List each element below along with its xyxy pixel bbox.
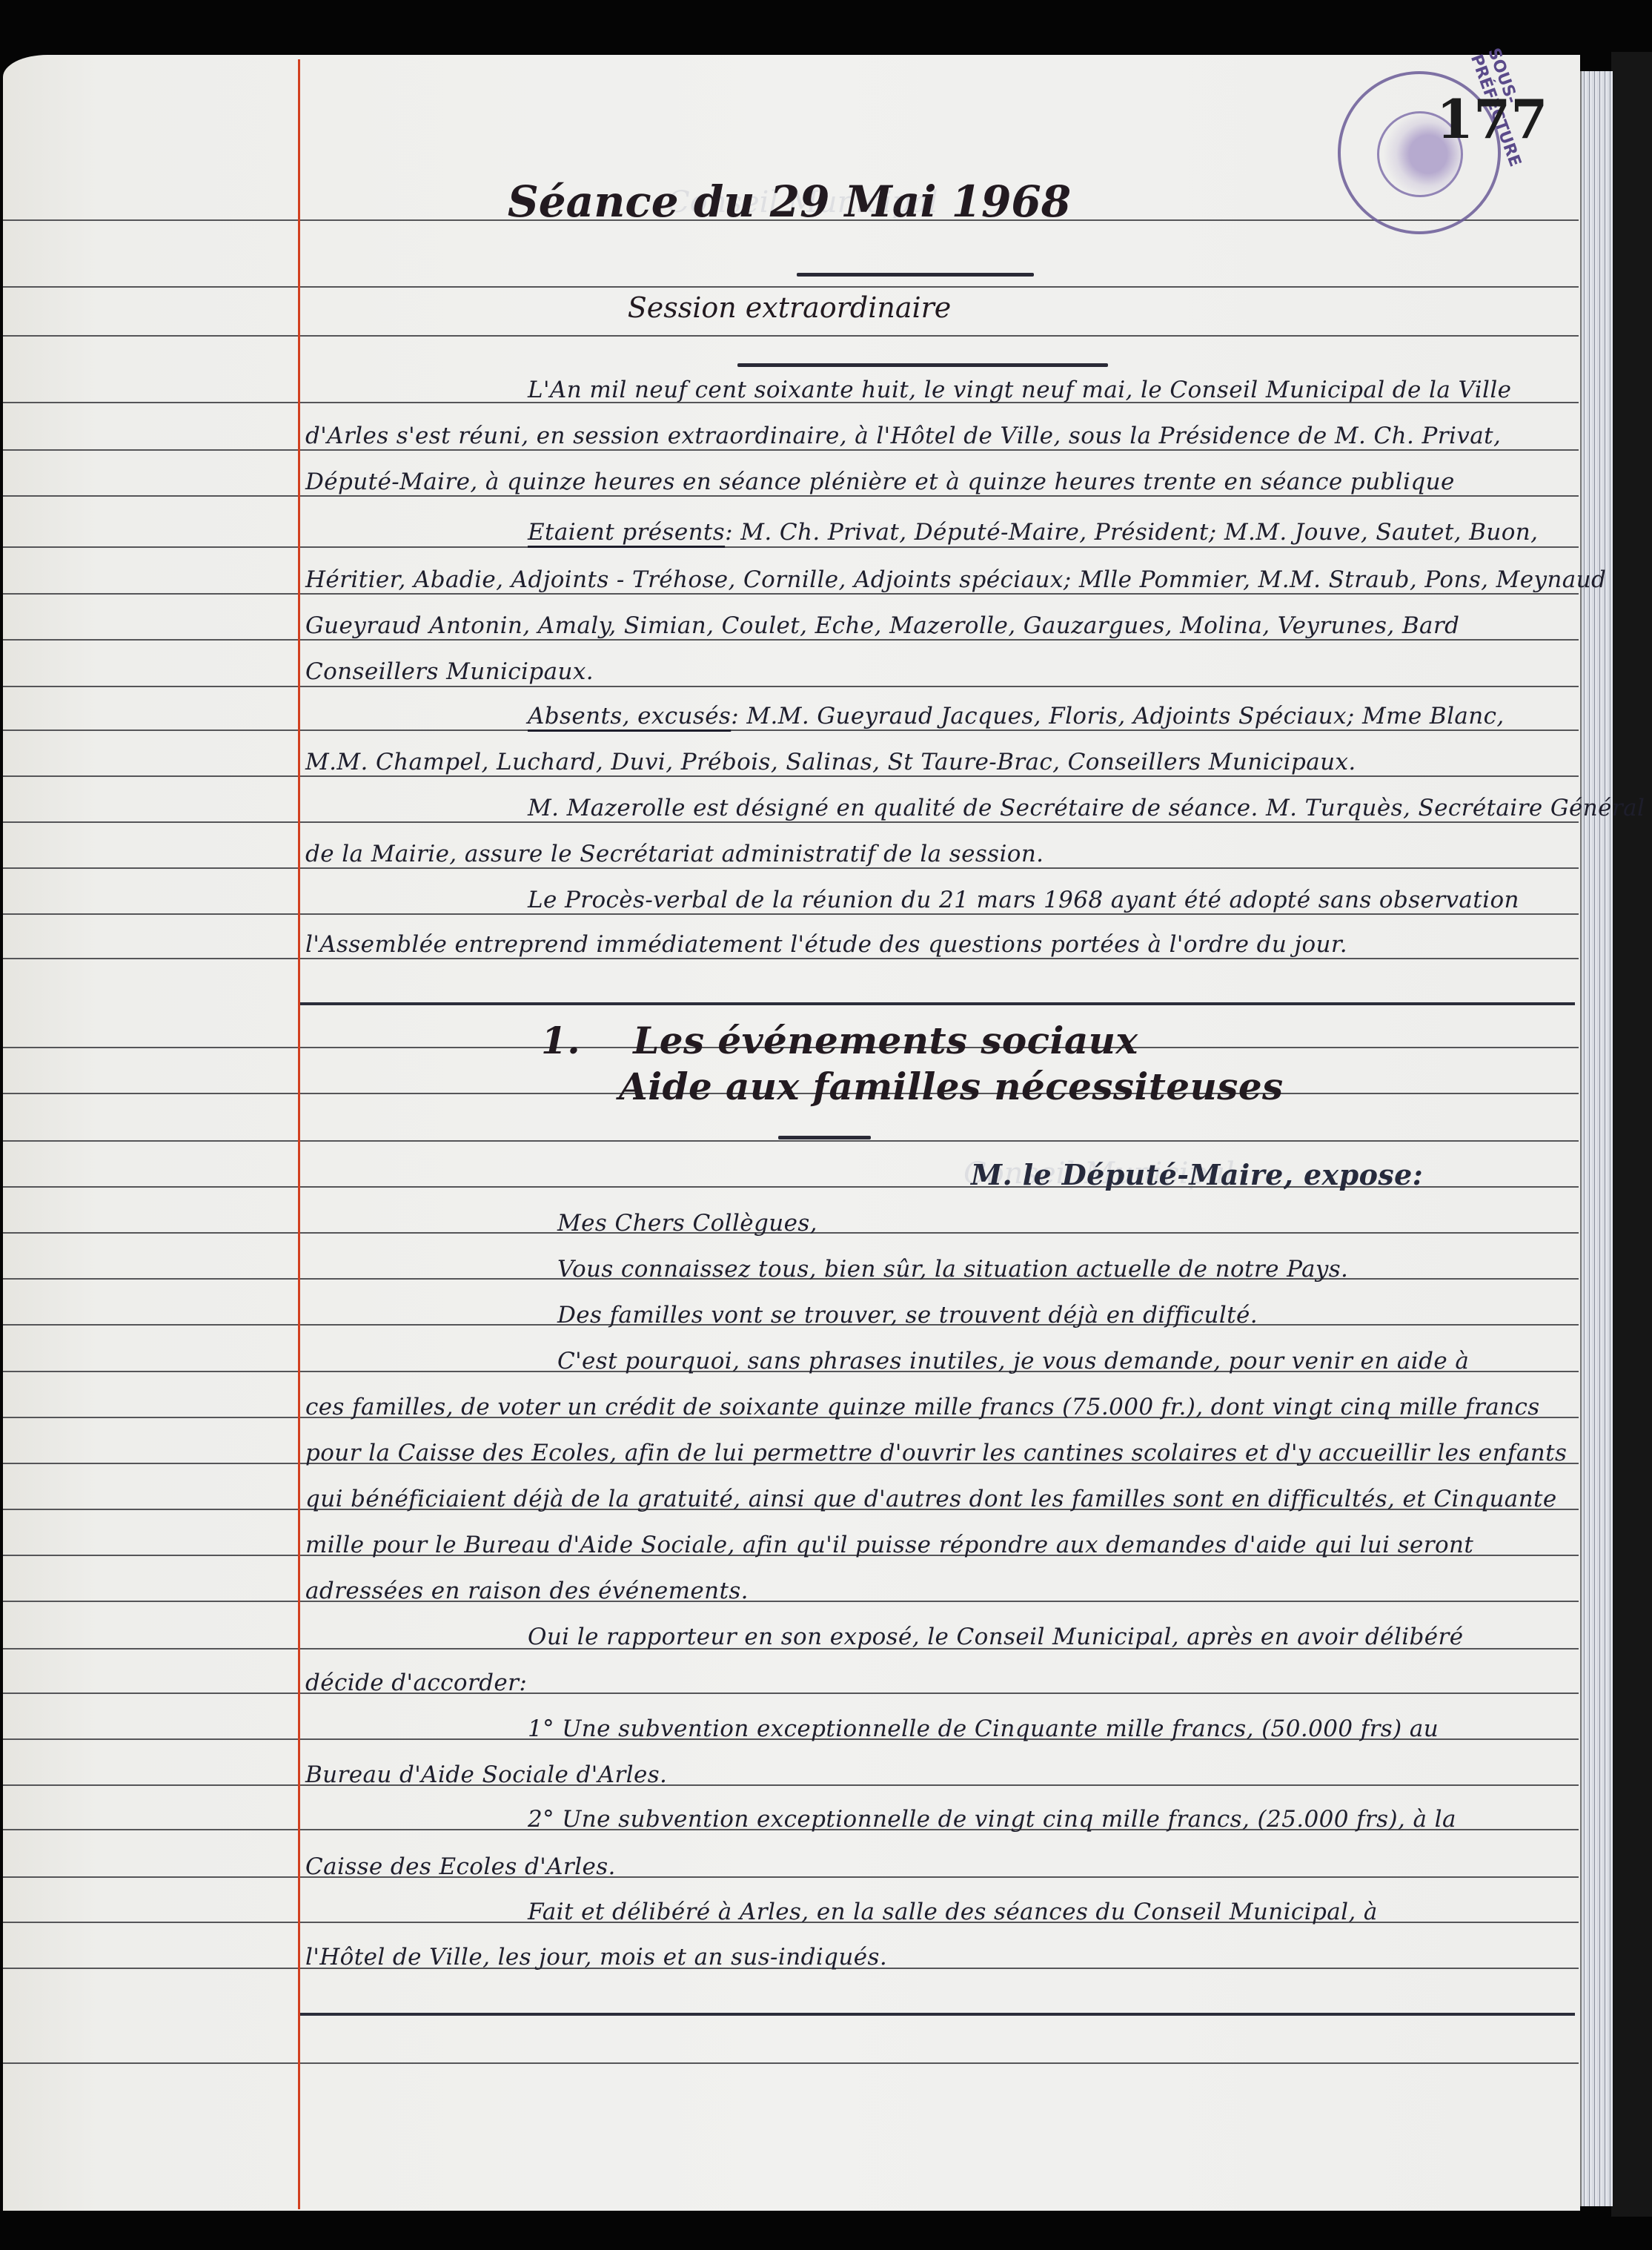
book-cover-edge [1611, 52, 1652, 2217]
presents-line: Etaient présents: M. Ch. Privat, Député-… [305, 519, 1565, 546]
body-line: Mes Chers Collègues, [305, 1210, 1565, 1237]
body-line: mille pour le Bureau d'Aide Sociale, afi… [305, 1532, 1565, 1558]
decision-line: décide d'accorder: [305, 1670, 1565, 1696]
decision-line: Fait et délibéré à Arles, en la salle de… [305, 1899, 1565, 1925]
absents-line: M.M. Champel, Luchard, Duvi, Prébois, Sa… [305, 749, 1565, 775]
presents-line: Héritier, Abadie, Adjoints - Tréhose, Co… [305, 566, 1565, 593]
absents-label: Absents, excusés [528, 703, 731, 729]
item-heading-line1: 1. Les événements sociaux [541, 1019, 1652, 1062]
presents-line: Gueyraud Antonin, Amaly, Simian, Coulet,… [305, 612, 1565, 639]
preamble-line: Député-Maire, à quinze heures en séance … [305, 469, 1565, 495]
body-line: Vous connaissez tous, bien sûr, la situa… [305, 1256, 1565, 1283]
presents-label: Etaient présents [528, 519, 725, 546]
preamble-line: d'Arles s'est réuni, en session extraord… [305, 423, 1565, 449]
secretary-line: M. Mazerolle est désigné en qualité de S… [305, 795, 1565, 821]
body-line: ces familles, de voter un crédit de soix… [305, 1394, 1565, 1420]
decision-line: l'Hôtel de Ville, les jour, mois et an s… [305, 1944, 1565, 1971]
body-line: C'est pourquoi, sans phrases inutiles, j… [305, 1348, 1565, 1374]
decision-line: Bureau d'Aide Sociale d'Arles. [305, 1761, 1565, 1788]
minutes-line: Le Procès-verbal de la réunion du 21 mar… [305, 887, 1565, 913]
title-divider [797, 273, 1034, 277]
absents-text: : M.M. Gueyraud Jacques, Floris, Adjoint… [731, 703, 1504, 729]
item-heading-divider [778, 1136, 871, 1139]
red-margin-line [298, 59, 300, 2209]
secretary-line: de la Mairie, assure le Secrétariat admi… [305, 841, 1565, 867]
body-line: pour la Caisse des Ecoles, afin de lui p… [305, 1440, 1565, 1466]
item-speaker: M. le Député-Maire, expose: [971, 1158, 1652, 1191]
presents-line: Conseillers Municipaux. [305, 658, 1565, 685]
page-number: 177 [1436, 87, 1547, 150]
subtitle-divider [737, 363, 1108, 367]
session-subtitle: Session extraordinaire [0, 291, 1579, 324]
decision-line: 2° Une subvention exceptionnelle de ving… [305, 1806, 1565, 1833]
preamble-line: L'An mil neuf cent soixante huit, le vin… [305, 377, 1565, 403]
decision-line: Oui le rapporteur en son exposé, le Cons… [305, 1624, 1565, 1650]
absents-line: Absents, excusés: M.M. Gueyraud Jacques,… [305, 703, 1565, 729]
item-heading-line2: Aide aux familles nécessiteuses [619, 1065, 1652, 1108]
item-number: 1. [541, 1019, 580, 1062]
presents-text: : M. Ch. Privat, Député-Maire, Président… [725, 519, 1538, 546]
body-line: qui bénéficiaient déjà de la gratuité, a… [305, 1486, 1565, 1512]
item-heading-text: Les événements sociaux [633, 1019, 1138, 1062]
page-title: Séance du 29 Mai 1968 [0, 176, 1579, 227]
page-stack-edge [1580, 71, 1613, 2206]
decision-line: 1° Une subvention exceptionnelle de Cinq… [305, 1715, 1565, 1742]
body-line: adressées en raison des événements. [305, 1578, 1565, 1604]
minutes-line: l'Assemblée entreprend immédiatement l'é… [305, 931, 1565, 958]
body-line: Des familles vont se trouver, se trouven… [305, 1302, 1565, 1329]
decision-line: Caisse des Ecoles d'Arles. [305, 1853, 1565, 1880]
